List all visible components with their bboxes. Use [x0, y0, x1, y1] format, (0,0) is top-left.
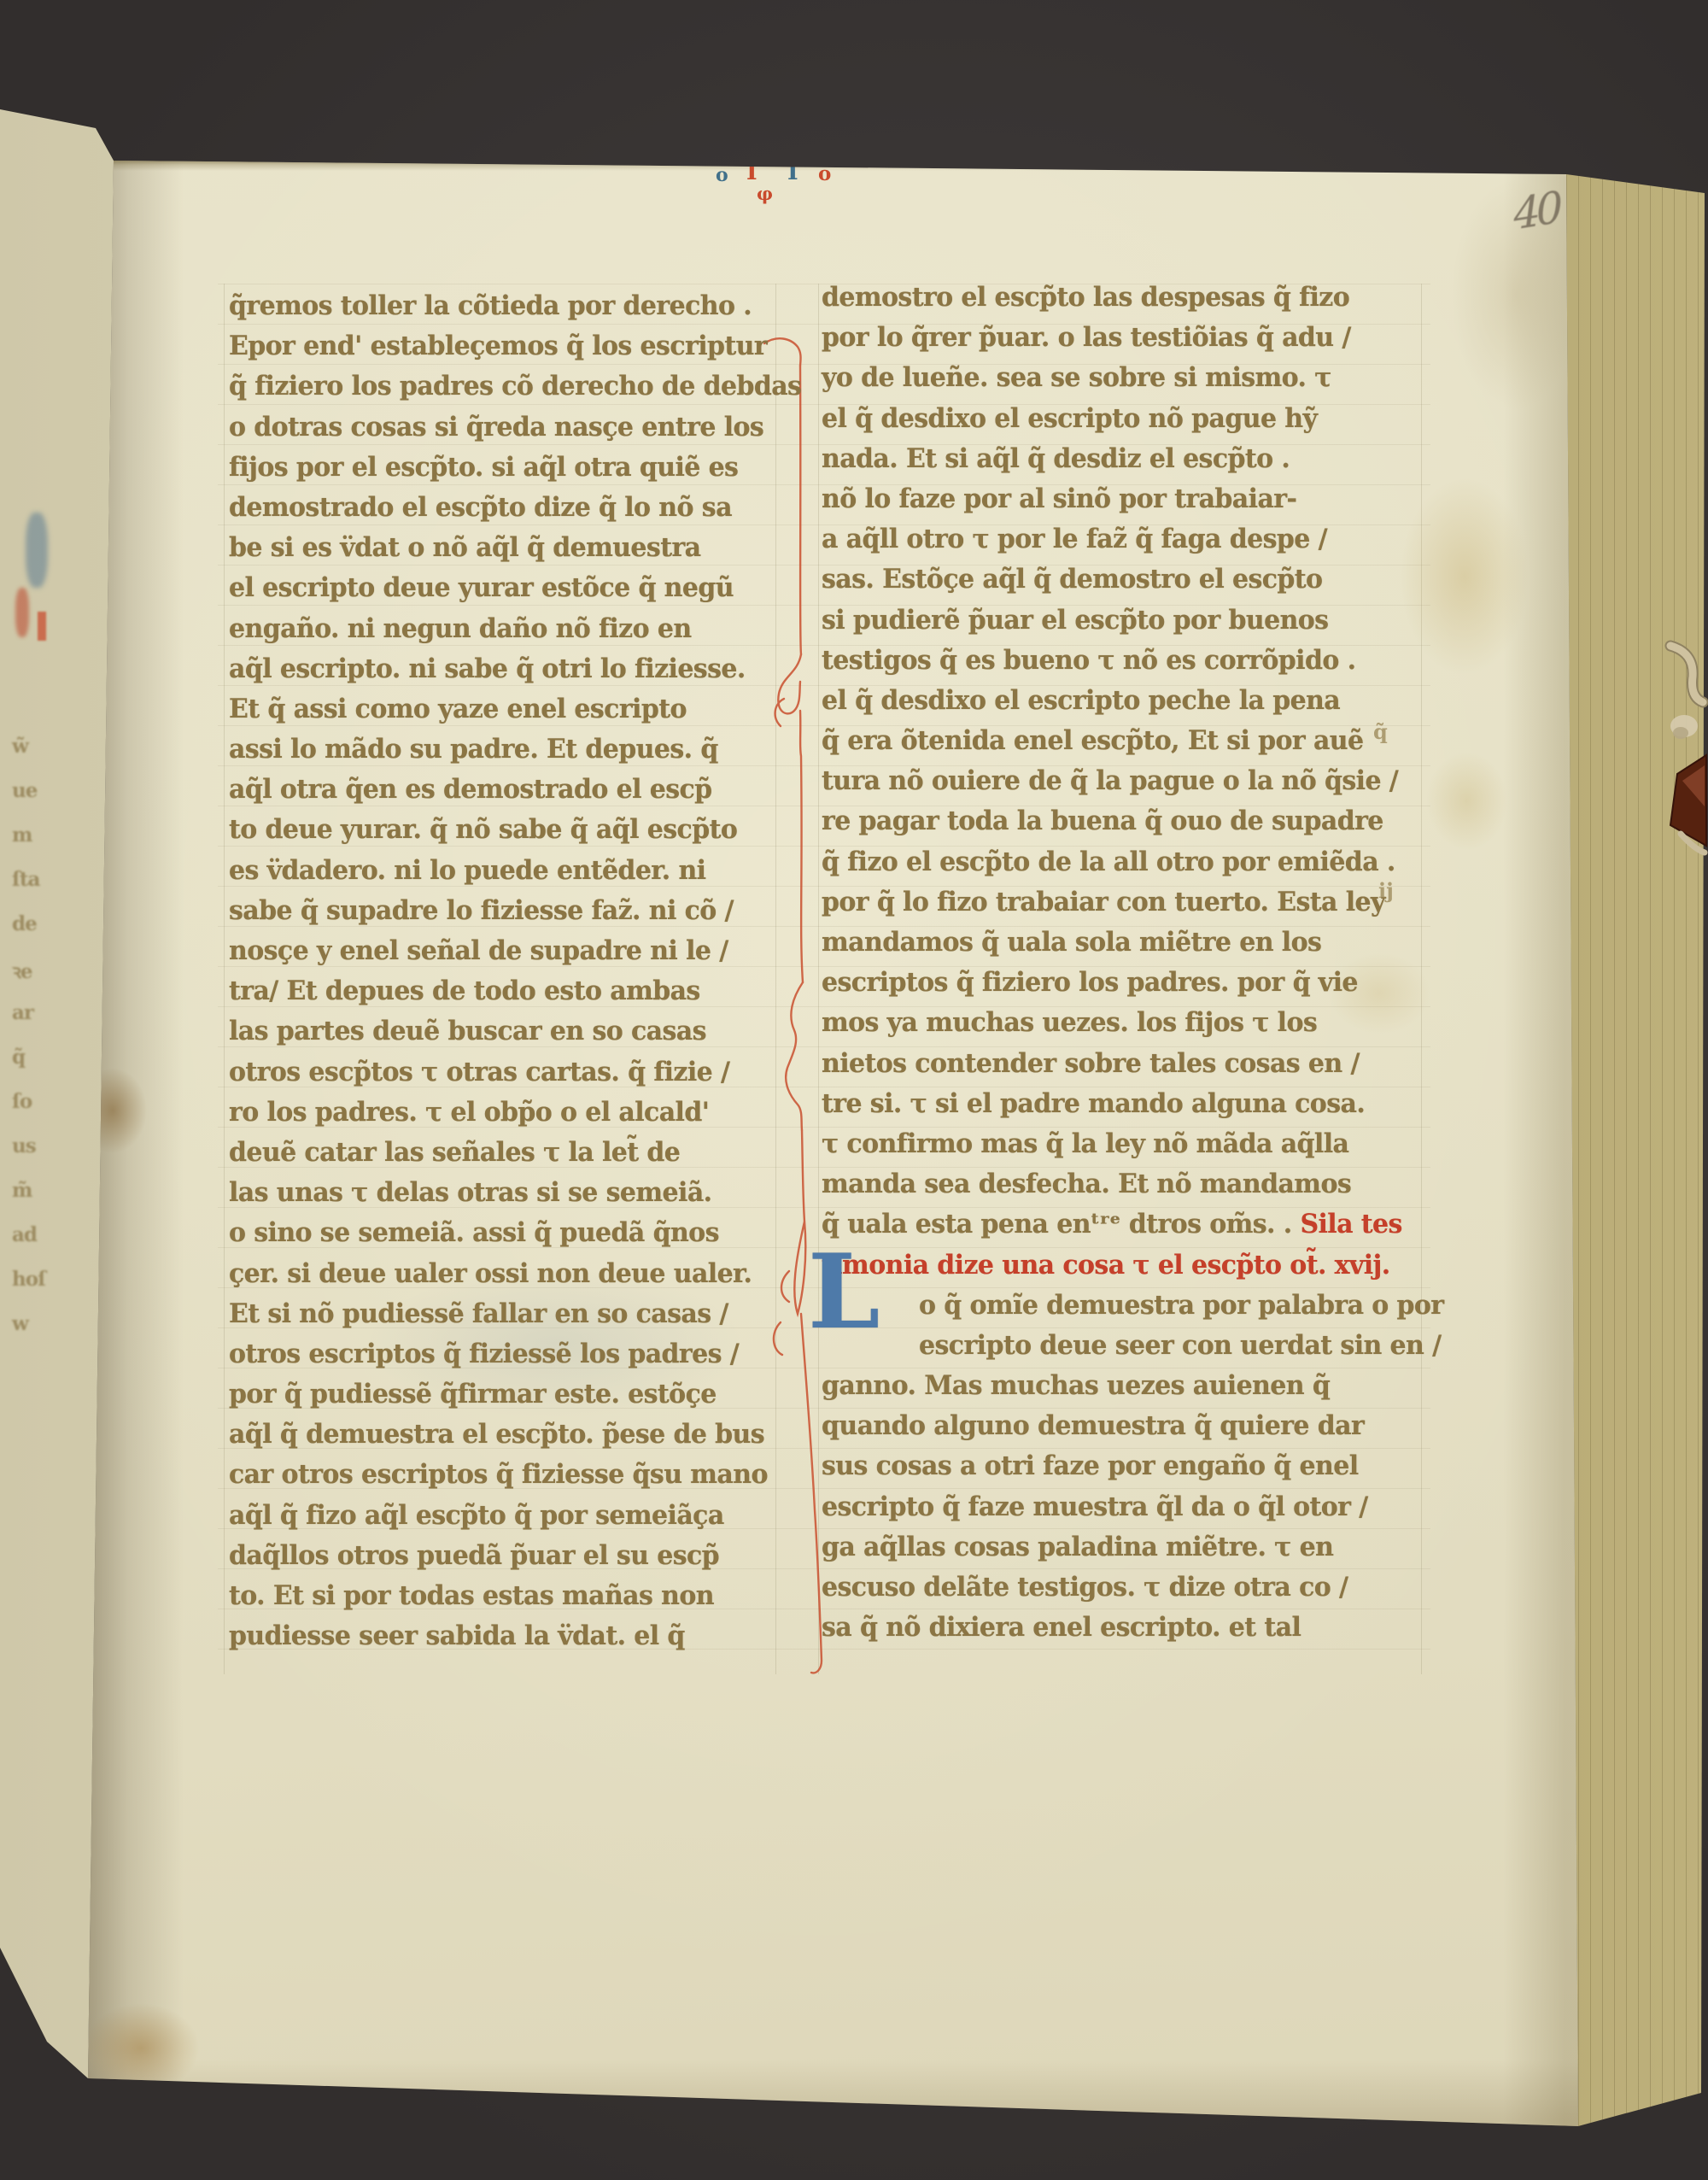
margin-note: ij — [1378, 878, 1394, 903]
body-text: q̃ fiziero los padres cõ derecho de debd… — [229, 371, 801, 401]
text-line: q̃ uala esta pena enᵗʳᵉ dtros om̃s. . Si… — [822, 1209, 1424, 1251]
gutter-text-fragment: m̃ — [12, 1179, 72, 1202]
text-line: el q̃ desdixo el escripto nõ pague hỹ — [822, 403, 1424, 445]
text-line: engaño. ni negun daño nõ fizo en — [229, 613, 782, 655]
text-line: o dotras cosas si q̃reda nasçe entre los — [229, 412, 782, 454]
body-text: mos ya muchas uezes. los fijos τ los — [822, 1007, 1317, 1038]
body-text: demostrado el escp̃to dize q̃ lo nõ sa — [229, 492, 732, 523]
body-text: yo de lueñe. sea se sobre si mismo. τ — [822, 362, 1331, 393]
text-line: otros escriptos q̃ fiziessẽ los padres / — [229, 1339, 782, 1380]
text-line: aq̃l q̃ demuestra el escp̃to. p̃ese de b… — [229, 1419, 782, 1461]
body-text: nõ lo faze por al sinõ por trabaiar- — [822, 483, 1296, 514]
text-line: las partes deuẽ buscar en so casas — [229, 1016, 782, 1058]
quire-mark-glyph: o — [716, 164, 728, 186]
body-text: q̃remos toller la cõtieda por derecho . — [229, 290, 752, 321]
text-line: el escripto deue yurar estõce q̃ negũ — [229, 572, 782, 614]
rubric-text: Sila tes — [1300, 1209, 1401, 1239]
quire-mark-sub-glyph: φ — [757, 183, 773, 204]
body-text: otros escp̃tos τ otras cartas. q̃ fizie … — [229, 1057, 729, 1087]
text-line: testigos q̃ es bueno τ nõ es corrõpido . — [822, 645, 1424, 687]
initial-letter: L — [808, 1245, 915, 1360]
body-text: Et si nõ pudiessẽ fallar en so casas / — [229, 1298, 728, 1329]
text-line: demostro el escp̃to las despesas q̃ fizo — [822, 282, 1424, 324]
text-line: quando alguno demuestra q̃ quiere dar — [822, 1410, 1424, 1452]
text-line: por q̃ pudiessẽ q̃firmar este. estõçe — [229, 1379, 782, 1421]
body-text: Et q̃ assi como yaze enel escripto — [229, 694, 687, 724]
text-line: mandamos q̃ uala sola miẽtre en los — [822, 927, 1424, 969]
body-text: nosçe y enel señal de supadre ni le / — [229, 935, 728, 966]
text-line: sa q̃ nõ dixiera enel escripto. et tal — [822, 1612, 1424, 1654]
gutter-blue-initial-fragment — [26, 513, 48, 588]
text-line: daq̃llos otros puedã p̃uar el su escp̃ — [229, 1540, 782, 1582]
text-line: car otros escriptos q̃ fiziesse q̃su man… — [229, 1459, 782, 1501]
gutter-red-mark-fragment — [38, 612, 46, 641]
body-text: engaño. ni negun daño nõ fizo en — [229, 613, 692, 644]
body-text: to deue yurar. q̃ nõ sabe q̃ aq̃l escp̃t… — [229, 814, 737, 845]
text-line: aq̃l q̃ fizo aq̃l escp̃to q̃ por semeiãç… — [229, 1500, 782, 1542]
gutter-text-fragment: ꝛe — [12, 957, 72, 984]
body-text: to. Et si por todas estas mañas non — [229, 1580, 714, 1611]
body-text: pudiesse seer sabida la v̈dat. el q̃ — [229, 1620, 685, 1651]
body-text: el q̃ desdixo el escripto peche la pena — [822, 685, 1340, 716]
text-line: nietos contender sobre tales cosas en / — [822, 1048, 1424, 1090]
text-line: tra/ Et depues de todo esto ambas — [229, 976, 782, 1017]
margin-note: q̃ — [1373, 719, 1388, 744]
body-text: fijos por el escp̃to. si aq̃l otra quiẽ … — [229, 452, 738, 483]
text-line: o sino se semeiã. assi q̃ puedã q̃nos — [229, 1217, 782, 1259]
text-line: sas. Estõçe aq̃l q̃ demostro el escp̃to — [822, 564, 1424, 606]
body-text: car otros escriptos q̃ fiziesse q̃su man… — [229, 1459, 768, 1490]
gutter-text-fragment: hoſ — [12, 1268, 72, 1291]
text-line: o q̃ omĩe demuestra por palabra o por — [919, 1290, 1424, 1332]
text-line: deuẽ catar las señales τ la let̃ de — [229, 1137, 782, 1179]
gutter-text-fragment: ſta — [12, 868, 72, 891]
text-line: Epor end' estableçemos q̃ los escriptur — [229, 331, 782, 372]
text-line: to. Et si por todas estas mañas non — [229, 1580, 782, 1622]
body-text: manda sea desfecha. Et nõ mandamos — [822, 1169, 1351, 1199]
text-line: aq̃l otra q̃en es demostrado el escp̃ — [229, 774, 782, 816]
gutter-text-fragment: de — [12, 912, 72, 935]
text-line: otros escp̃tos τ otras cartas. q̃ fizie … — [229, 1057, 782, 1099]
body-text: deuẽ catar las señales τ la let̃ de — [229, 1137, 680, 1168]
text-line: a aq̃ll otro τ por le faz̃ q̃ faga despe… — [822, 524, 1424, 566]
text-line: escripto deue seer con uerdat sin en / — [919, 1330, 1424, 1372]
body-text: por q̃ pudiessẽ q̃firmar este. estõçe — [229, 1379, 717, 1409]
text-line: pudiesse seer sabida la v̈dat. el q̃ — [229, 1620, 782, 1662]
body-text: escriptos q̃ fiziero los padres. por q̃ … — [822, 967, 1358, 998]
text-line: çer. si deue ualer ossi non deue ualer. — [229, 1258, 782, 1300]
text-line: ganno. Mas muchas uezes auienen q̃ — [822, 1370, 1424, 1412]
body-text: es v̈dadero. ni lo puede entẽder. ni — [229, 855, 705, 886]
gutter-text-fragment: w — [12, 1312, 72, 1335]
body-text: las partes deuẽ buscar en so casas — [229, 1016, 706, 1046]
body-text: nietos contender sobre tales cosas en / — [822, 1048, 1360, 1079]
text-line: las unas τ delas otras si se semeiã. — [229, 1177, 782, 1219]
text-line: el q̃ desdixo el escripto peche la pena — [822, 685, 1424, 727]
text-line: escuso delãte testigos. τ dize otra co / — [822, 1572, 1424, 1614]
text-line: ro los padres. τ el obp̃o o el alcald' — [229, 1097, 782, 1139]
text-line: sabe q̃ supadre lo fiziesse faz̃. ni cõ … — [229, 895, 782, 937]
text-line: escriptos q̃ fiziero los padres. por q̃ … — [822, 967, 1424, 1009]
body-text: sus cosas a otri faze por engaño q̃ enel — [822, 1450, 1359, 1481]
body-text: sas. Estõçe aq̃l q̃ demostro el escp̃to — [822, 564, 1322, 595]
text-line: es v̈dadero. ni lo puede entẽder. ni — [229, 855, 782, 897]
body-text: mandamos q̃ uala sola miẽtre en los — [822, 927, 1321, 958]
body-text: otros escriptos q̃ fiziessẽ los padres / — [229, 1339, 739, 1369]
body-text: çer. si deue ualer ossi non deue ualer. — [229, 1258, 752, 1289]
folio-number: 40 — [1512, 183, 1560, 240]
body-text: o dotras cosas si q̃reda nasçe entre los — [229, 412, 763, 442]
body-text: o sino se semeiã. assi q̃ puedã q̃nos — [229, 1217, 719, 1248]
body-text: testigos q̃ es bueno τ nõ es corrõpido . — [822, 645, 1355, 676]
body-text: el escripto deue yurar estõce q̃ negũ — [229, 572, 734, 603]
gutter-text-fragment: ue — [12, 779, 72, 802]
body-text: las unas τ delas otras si se semeiã. — [229, 1177, 712, 1208]
gutter-red-mark-fragment — [15, 588, 29, 637]
body-text: tre si. τ si el padre mando alguna cosa. — [822, 1088, 1365, 1119]
body-text: aq̃l otra q̃en es demostrado el escp̃ — [229, 774, 712, 805]
body-text: ganno. Mas muchas uezes auienen q̃ — [822, 1370, 1330, 1401]
body-text: sa q̃ nõ dixiera enel escripto. et tal — [822, 1612, 1301, 1643]
body-text: tura nõ ouiere de q̃ la pague o la nõ q̃… — [822, 765, 1398, 796]
text-line: τ confirmo mas q̃ la ley nõ mãda aq̃lla — [822, 1128, 1424, 1170]
text-line: nosçe y enel señal de supadre ni le / — [229, 935, 782, 977]
text-line: nada. Et si aq̃l q̃ desdiz el escp̃to . — [822, 443, 1424, 485]
text-line: q̃ fiziero los padres cõ derecho de debd… — [229, 371, 782, 413]
gutter-text-fragment: ar — [12, 1001, 72, 1024]
stain — [1426, 752, 1507, 850]
text-line: assi lo mãdo su padre. Et depues. q̃ — [229, 734, 782, 776]
body-text: si pudierẽ p̃uar el escp̃to por buenos — [822, 605, 1328, 636]
gutter-text-fragment: q̃ — [12, 1046, 72, 1069]
body-text: aq̃l escripto. ni sabe q̃ otri lo fizies… — [229, 653, 746, 684]
body-text: be si es v̈dat o nõ aq̃l q̃ demuestra — [229, 532, 701, 563]
gutter-text-fragment: w̃ — [12, 735, 72, 758]
body-text: escripto q̃ faze muestra q̃l da o q̃l ot… — [822, 1491, 1368, 1522]
text-line: fijos por el escp̃to. si aq̃l otra quiẽ … — [229, 452, 782, 494]
text-line: escripto q̃ faze muestra q̃l da o q̃l ot… — [822, 1491, 1424, 1533]
text-line: Et q̃ assi como yaze enel escripto — [229, 694, 782, 735]
body-text: nada. Et si aq̃l q̃ desdiz el escp̃to . — [822, 443, 1290, 474]
body-text: el q̃ desdixo el escripto nõ pague hỹ — [822, 403, 1317, 434]
body-text: q̃ uala esta pena enᵗʳᵉ dtros om̃s. . — [822, 1209, 1300, 1239]
book-tie — [1655, 630, 1708, 878]
text-line: aq̃l escripto. ni sabe q̃ otri lo fizies… — [229, 653, 782, 695]
body-text: escripto deue seer con uerdat sin en / — [919, 1330, 1441, 1361]
body-text: τ confirmo mas q̃ la ley nõ mãda aq̃lla — [822, 1128, 1348, 1159]
text-line: sus cosas a otri faze por engaño q̃ enel — [822, 1450, 1424, 1492]
text-line: be si es v̈dat o nõ aq̃l q̃ demuestra — [229, 532, 782, 574]
body-text: re pagar toda la buena q̃ ouo de supadre — [822, 806, 1383, 836]
text-line: manda sea desfecha. Et nõ mandamos — [822, 1169, 1424, 1210]
body-text: aq̃l q̃ fizo aq̃l escp̃to q̃ por semeiãç… — [229, 1500, 724, 1531]
gutter-text-fragment: us — [12, 1134, 72, 1157]
manuscript-page: oIIoφ 40 q̃remos toller la cõtieda por d… — [0, 0, 1708, 2180]
text-line: demostrado el escp̃to dize q̃ lo nõ sa — [229, 492, 782, 534]
body-text: sabe q̃ supadre lo fiziesse faz̃. ni cõ … — [229, 895, 734, 926]
body-text: por lo q̃rer p̃uar. o las testiõias q̃ a… — [822, 322, 1351, 353]
text-line: q̃ era õtenida enel escp̃to, Et si por a… — [822, 725, 1424, 767]
text-line: por lo q̃rer p̃uar. o las testiõias q̃ a… — [822, 322, 1424, 364]
text-line: si pudierẽ p̃uar el escp̃to por buenos — [822, 605, 1424, 647]
gutter-text-fragment: m — [12, 823, 72, 847]
body-text: escuso delãte testigos. τ dize otra co / — [822, 1572, 1348, 1603]
body-text: a aq̃ll otro τ por le faz̃ q̃ faga despe… — [822, 524, 1327, 554]
text-line: nõ lo faze por al sinõ por trabaiar- — [822, 483, 1424, 525]
body-text: o q̃ omĩe demuestra por palabra o por — [919, 1290, 1444, 1321]
text-line: Et si nõ pudiessẽ fallar en so casas / — [229, 1298, 782, 1340]
body-text: assi lo mãdo su padre. Et depues. q̃ — [229, 734, 718, 765]
text-line: to deue yurar. q̃ nõ sabe q̃ aq̃l escp̃t… — [229, 814, 782, 856]
text-line: re pagar toda la buena q̃ ouo de supadre — [822, 806, 1424, 847]
body-text: aq̃l q̃ demuestra el escp̃to. p̃ese de b… — [229, 1419, 764, 1450]
text-line: ga aq̃llas cosas paladina miẽtre. τ en — [822, 1532, 1424, 1573]
body-text: ro los padres. τ el obp̃o o el alcald' — [229, 1097, 709, 1128]
ruling-vertical — [224, 284, 225, 1674]
body-text: tra/ Et depues de todo esto ambas — [229, 976, 700, 1006]
body-text: daq̃llos otros puedã p̃uar el su escp̃ — [229, 1540, 719, 1571]
text-column-left: q̃remos toller la cõtieda por derecho .E… — [229, 290, 782, 1661]
body-text: por q̃ lo fizo trabaiar con tuerto. Esta… — [822, 887, 1385, 917]
text-line: por q̃ lo fizo trabaiar con tuerto. Esta… — [822, 887, 1424, 929]
text-line: tura nõ ouiere de q̃ la pague o la nõ q̃… — [822, 765, 1424, 807]
text-line: mos ya muchas uezes. los fijos τ los — [822, 1007, 1424, 1049]
text-column-right: demostro el escp̃to las despesas q̃ fizo… — [822, 282, 1424, 1652]
body-text: q̃ era õtenida enel escp̃to, Et si por a… — [822, 725, 1364, 756]
body-text: q̃ fizo el escp̃to de la all otro por em… — [822, 847, 1395, 877]
text-line: tre si. τ si el padre mando alguna cosa. — [822, 1088, 1424, 1130]
text-line: q̃ fizo el escp̃to de la all otro por em… — [822, 847, 1424, 888]
body-text: ga aq̃llas cosas paladina miẽtre. τ en — [822, 1532, 1333, 1562]
text-line: q̃remos toller la cõtieda por derecho . — [229, 290, 782, 332]
gutter-text-fragment: ſo — [12, 1090, 72, 1113]
text-line: yo de lueñe. sea se sobre si mismo. τ — [822, 362, 1424, 404]
gutter-text-fragment: ad — [12, 1223, 72, 1246]
body-text: demostro el escp̃to las despesas q̃ fizo — [822, 282, 1349, 313]
body-text: Epor end' estableçemos q̃ los escriptur — [229, 331, 767, 361]
body-text: quando alguno demuestra q̃ quiere dar — [822, 1410, 1364, 1441]
